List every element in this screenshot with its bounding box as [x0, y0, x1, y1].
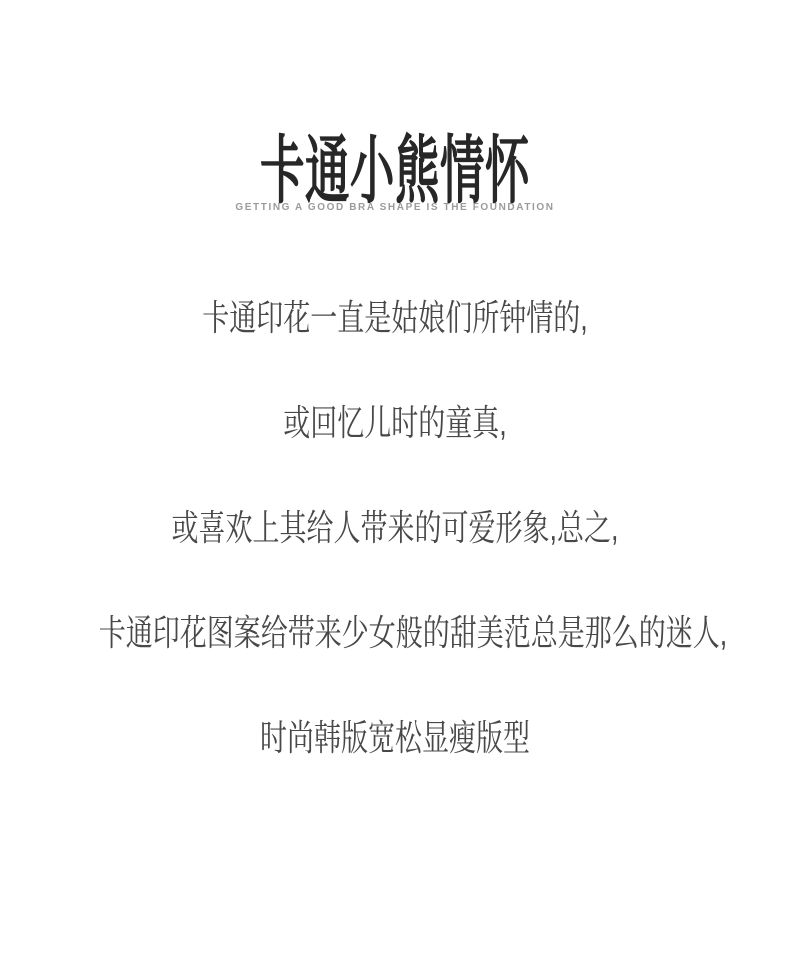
- paragraph-line-2: 或回忆儿时的童真,: [99, 370, 692, 475]
- paragraph-line-3: 或喜欢上其给人带来的可爱形象,总之,: [99, 475, 692, 580]
- product-description-banner: 卡通小熊情怀 GETTING A GOOD BRA SHAPE IS THE F…: [0, 0, 790, 960]
- paragraph-line-4: 卡通印花图案给带来少女般的甜美范总是那么的迷人,: [99, 580, 692, 685]
- banner-subtitle: GETTING A GOOD BRA SHAPE IS THE FOUNDATI…: [0, 202, 790, 213]
- paragraph-line-1: 卡通印花一直是姑娘们所钟情的,: [99, 265, 692, 370]
- banner-title: 卡通小熊情怀: [158, 132, 632, 210]
- paragraph-line-5: 时尚韩版宽松显瘦版型: [99, 685, 692, 790]
- banner-paragraph: 卡通印花一直是姑娘们所钟情的, 或回忆儿时的童真, 或喜欢上其给人带来的可爱形象…: [0, 265, 790, 790]
